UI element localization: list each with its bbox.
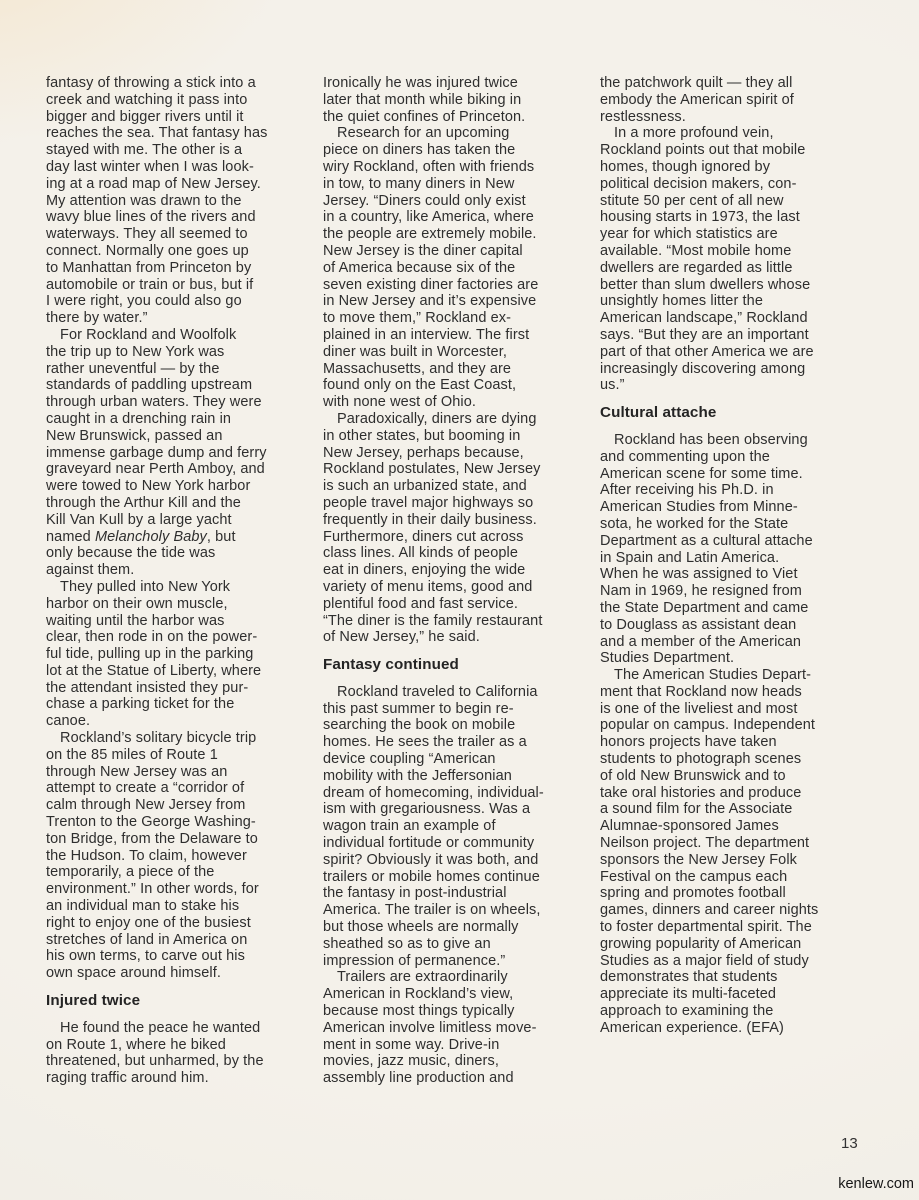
- text-line: in a country, like America, where: [323, 209, 581, 226]
- text-line: growing popularity of American: [600, 936, 858, 953]
- text-line: sponsors the New Jersey Folk: [600, 852, 858, 869]
- section-heading: Cultural attache: [600, 405, 858, 422]
- text-line: New Jersey is the diner capital: [323, 243, 581, 260]
- text-line: found only on the East Coast,: [323, 377, 581, 394]
- text-line: stitute 50 per cent of all new: [600, 193, 858, 210]
- text-line: homes. He sees the trailer as a: [323, 734, 581, 751]
- text-line: attempt to create a “corridor of: [46, 780, 304, 797]
- text-line: I were right, you could also go: [46, 293, 304, 310]
- text-line: the Hudson. To claim, however: [46, 848, 304, 865]
- text-line: people travel major highways so: [323, 495, 581, 512]
- text-line: Studies Department.: [600, 650, 858, 667]
- article-columns: fantasy of throwing a stick into acreek …: [46, 75, 858, 1087]
- text-line: Rockland’s solitary bicycle trip: [46, 730, 304, 747]
- text-line: in tow, to many diners in New: [323, 176, 581, 193]
- text-line: connect. Normally one goes up: [46, 243, 304, 260]
- text-line: Trailers are extraordinarily: [323, 969, 581, 986]
- text-line: wavy blue lines of the rivers and: [46, 209, 304, 226]
- text-line: says. “But they are an important: [600, 327, 858, 344]
- text-line: demonstrates that students: [600, 969, 858, 986]
- document-page: fantasy of throwing a stick into acreek …: [0, 0, 919, 1200]
- text-line: appreciate its multi-faceted: [600, 986, 858, 1003]
- text-line: spring and promotes football: [600, 885, 858, 902]
- text-line: ism with gregariousness. Was a: [323, 801, 581, 818]
- text-line: own space around himself.: [46, 965, 304, 982]
- paragraph: Rockland has been observingand commentin…: [600, 432, 858, 667]
- text-line: ment in some way. Drive-in: [323, 1037, 581, 1054]
- watermark: kenlew.com: [838, 1176, 914, 1192]
- text-line: increasingly discovering among: [600, 361, 858, 378]
- text-line: variety of menu items, good and: [323, 579, 581, 596]
- text-line: stretches of land in America on: [46, 932, 304, 949]
- text-line: ing at a road map of New Jersey.: [46, 176, 304, 193]
- text-line: the attendant insisted they pur-: [46, 680, 304, 697]
- text-line: Ironically he was injured twice: [323, 75, 581, 92]
- text-line: caught in a drenching rain in: [46, 411, 304, 428]
- text-line: graveyard near Perth Amboy, and: [46, 461, 304, 478]
- text-line: assembly line production and: [323, 1070, 581, 1087]
- text-line: approach to examining the: [600, 1003, 858, 1020]
- text-line: to foster departmental spirit. The: [600, 919, 858, 936]
- text-line: and commenting upon the: [600, 449, 858, 466]
- text-line: dream of homecoming, individual-: [323, 785, 581, 802]
- text-line: Massachusetts, and they are: [323, 361, 581, 378]
- text-line: stayed with me. The other is a: [46, 142, 304, 159]
- text-line: spirit? Obviously it was both, and: [323, 852, 581, 869]
- text-line: American in Rockland’s view,: [323, 986, 581, 1003]
- text-line: in other states, but booming in: [323, 428, 581, 445]
- text-line: standards of paddling upstream: [46, 377, 304, 394]
- text-line: Studies as a major field of study: [600, 953, 858, 970]
- paragraph: fantasy of throwing a stick into acreek …: [46, 75, 304, 327]
- text-line: students to photograph scenes: [600, 751, 858, 768]
- paragraph: For Rockland and Woolfolkthe trip up to …: [46, 327, 304, 579]
- text-line: popular on campus. Independent: [600, 717, 858, 734]
- text-column-3: the patchwork quilt — they allembody the…: [600, 75, 858, 1087]
- text-line: clear, then rode in on the power-: [46, 629, 304, 646]
- text-line: named Melancholy Baby, but: [46, 529, 304, 546]
- text-line: Research for an upcoming: [323, 125, 581, 142]
- text-line: reaches the sea. That fantasy has: [46, 125, 304, 142]
- text-line: rather uneventful — by the: [46, 361, 304, 378]
- text-line: They pulled into New York: [46, 579, 304, 596]
- text-line: this past summer to begin re-: [323, 701, 581, 718]
- text-line: the quiet confines of Princeton.: [323, 109, 581, 126]
- text-line: dwellers are regarded as little: [600, 260, 858, 277]
- text-line: individual fortitude or community: [323, 835, 581, 852]
- text-line: device coupling “American: [323, 751, 581, 768]
- text-column-1: fantasy of throwing a stick into acreek …: [46, 75, 304, 1087]
- text-line: unsightly homes litter the: [600, 293, 858, 310]
- text-line: environment.” In other words, for: [46, 881, 304, 898]
- text-line: impression of permanence.”: [323, 953, 581, 970]
- paragraph: Rockland’s solitary bicycle tripon the 8…: [46, 730, 304, 982]
- text-line: of America because six of the: [323, 260, 581, 277]
- page-number: 13: [841, 1135, 858, 1152]
- paragraph: Rockland traveled to Californiathis past…: [323, 684, 581, 970]
- text-line: is such an urbanized state, and: [323, 478, 581, 495]
- paragraph: the patchwork quilt — they allembody the…: [600, 75, 858, 125]
- text-line: bigger and bigger rivers until it: [46, 109, 304, 126]
- text-line: Paradoxically, diners are dying: [323, 411, 581, 428]
- text-line: plained in an interview. The first: [323, 327, 581, 344]
- text-line: Jersey. “Diners could only exist: [323, 193, 581, 210]
- text-line: harbor on their own muscle,: [46, 596, 304, 613]
- text-line: there by water.”: [46, 310, 304, 327]
- text-line: ton Bridge, from the Delaware to: [46, 831, 304, 848]
- text-line: a sound film for the Associate: [600, 801, 858, 818]
- text-line: sota, he worked for the State: [600, 516, 858, 533]
- paragraph: Research for an upcomingpiece on diners …: [323, 125, 581, 411]
- text-line: “The diner is the family restaurant: [323, 613, 581, 630]
- text-line: through urban waters. They were: [46, 394, 304, 411]
- text-line: to Manhattan from Princeton by: [46, 260, 304, 277]
- text-line: us.”: [600, 377, 858, 394]
- text-line: later that month while biking in: [323, 92, 581, 109]
- text-line: Alumnae-sponsored James: [600, 818, 858, 835]
- text-line: class lines. All kinds of people: [323, 545, 581, 562]
- text-line: American landscape,” Rockland: [600, 310, 858, 327]
- text-line: threatened, but unharmed, by the: [46, 1053, 304, 1070]
- text-line: Furthermore, diners cut across: [323, 529, 581, 546]
- text-line: available. “Most mobile home: [600, 243, 858, 260]
- paragraph: They pulled into New Yorkharbor on their…: [46, 579, 304, 730]
- text-line: America. The trailer is on wheels,: [323, 902, 581, 919]
- text-line: is one of the liveliest and most: [600, 701, 858, 718]
- text-line: American involve limitless move-: [323, 1020, 581, 1037]
- text-line: wagon train an example of: [323, 818, 581, 835]
- text-line: American experience. (EFA): [600, 1020, 858, 1037]
- paragraph: He found the peace he wantedon Route 1, …: [46, 1020, 304, 1087]
- text-line: diner was built in Worcester,: [323, 344, 581, 361]
- text-line: Rockland points out that mobile: [600, 142, 858, 159]
- text-line: to move them,” Rockland ex-: [323, 310, 581, 327]
- text-line: take oral histories and produce: [600, 785, 858, 802]
- section-heading: Fantasy continued: [323, 657, 581, 674]
- text-line: the State Department and came: [600, 600, 858, 617]
- text-line: of old New Brunswick and to: [600, 768, 858, 785]
- text-line: part of that other America we are: [600, 344, 858, 361]
- text-line: on the 85 miles of Route 1: [46, 747, 304, 764]
- text-line: Trenton to the George Washing-: [46, 814, 304, 831]
- text-line: trailers or mobile homes continue: [323, 869, 581, 886]
- text-line: right to enjoy one of the busiest: [46, 915, 304, 932]
- text-line: embody the American spirit of: [600, 92, 858, 109]
- text-line: Department as a cultural attache: [600, 533, 858, 550]
- text-line: frequently in their daily business.: [323, 512, 581, 529]
- text-column-2: Ironically he was injured twicelater tha…: [323, 75, 581, 1087]
- text-line: housing starts in 1973, the last: [600, 209, 858, 226]
- text-line: Rockland postulates, New Jersey: [323, 461, 581, 478]
- text-line: better than slum dwellers whose: [600, 277, 858, 294]
- paragraph: The American Studies Depart-ment that Ro…: [600, 667, 858, 1037]
- text-line: against them.: [46, 562, 304, 579]
- text-line: restlessness.: [600, 109, 858, 126]
- text-line: Festival on the campus each: [600, 869, 858, 886]
- text-line: sheathed so as to give an: [323, 936, 581, 953]
- text-line: chase a parking ticket for the: [46, 696, 304, 713]
- text-line: but those wheels are normally: [323, 919, 581, 936]
- text-line: were towed to New York harbor: [46, 478, 304, 495]
- text-line: with none west of Ohio.: [323, 394, 581, 411]
- text-line: mobility with the Jeffersonian: [323, 768, 581, 785]
- text-line: calm through New Jersey from: [46, 797, 304, 814]
- text-line: waterways. They all seemed to: [46, 226, 304, 243]
- text-line: lot at the Statue of Liberty, where: [46, 663, 304, 680]
- text-line: games, dinners and career nights: [600, 902, 858, 919]
- text-line: wiry Rockland, often with friends: [323, 159, 581, 176]
- text-line: in Spain and Latin America.: [600, 550, 858, 567]
- text-line: ment that Rockland now heads: [600, 684, 858, 701]
- text-line: Nam in 1969, he resigned from: [600, 583, 858, 600]
- text-line: to Douglass as assistant dean: [600, 617, 858, 634]
- text-line: The American Studies Depart-: [600, 667, 858, 684]
- paragraph: Trailers are extraordinarilyAmerican in …: [323, 969, 581, 1087]
- text-line: searching the book on mobile: [323, 717, 581, 734]
- paragraph: In a more profound vein,Rockland points …: [600, 125, 858, 394]
- text-line: through New Jersey was an: [46, 764, 304, 781]
- text-line: and a member of the American: [600, 634, 858, 651]
- text-line: piece on diners has taken the: [323, 142, 581, 159]
- text-line: For Rockland and Woolfolk: [46, 327, 304, 344]
- text-line: canoe.: [46, 713, 304, 730]
- text-line: in New Jersey and it’s expensive: [323, 293, 581, 310]
- text-line: waiting until the harbor was: [46, 613, 304, 630]
- text-line: My attention was drawn to the: [46, 193, 304, 210]
- text-line: plentiful food and fast service.: [323, 596, 581, 613]
- text-line: of New Jersey,” he said.: [323, 629, 581, 646]
- text-line: homes, though ignored by: [600, 159, 858, 176]
- text-line: the fantasy in post-industrial: [323, 885, 581, 902]
- text-line: Kill Van Kull by a large yacht: [46, 512, 304, 529]
- text-line: the patchwork quilt — they all: [600, 75, 858, 92]
- text-line: ful tide, pulling up in the parking: [46, 646, 304, 663]
- text-line: temporarily, a piece of the: [46, 864, 304, 881]
- text-line: Neilson project. The department: [600, 835, 858, 852]
- text-line: immense garbage dump and ferry: [46, 445, 304, 462]
- text-line: year for which statistics are: [600, 226, 858, 243]
- text-line: day last winter when I was look-: [46, 159, 304, 176]
- text-line: movies, jazz music, diners,: [323, 1053, 581, 1070]
- text-line: eat in diners, enjoying the wide: [323, 562, 581, 579]
- text-line: New Jersey, perhaps because,: [323, 445, 581, 462]
- text-line: American Studies from Minne-: [600, 499, 858, 516]
- text-line: on Route 1, where he biked: [46, 1037, 304, 1054]
- text-line: American scene for some time.: [600, 466, 858, 483]
- text-line: automobile or train or bus, but if: [46, 277, 304, 294]
- text-line: In a more profound vein,: [600, 125, 858, 142]
- text-line: honors projects have taken: [600, 734, 858, 751]
- text-line: the people are extremely mobile.: [323, 226, 581, 243]
- text-line: Rockland has been observing: [600, 432, 858, 449]
- text-line: raging traffic around him.: [46, 1070, 304, 1087]
- text-line: the trip up to New York was: [46, 344, 304, 361]
- text-line: fantasy of throwing a stick into a: [46, 75, 304, 92]
- text-line: through the Arthur Kill and the: [46, 495, 304, 512]
- text-line: an individual man to stake his: [46, 898, 304, 915]
- paragraph: Ironically he was injured twicelater tha…: [323, 75, 581, 125]
- text-line: He found the peace he wanted: [46, 1020, 304, 1037]
- text-line: When he was assigned to Viet: [600, 566, 858, 583]
- text-line: Rockland traveled to California: [323, 684, 581, 701]
- text-line: because most things typically: [323, 1003, 581, 1020]
- text-line: seven existing diner factories are: [323, 277, 581, 294]
- text-line: his own terms, to carve out his: [46, 948, 304, 965]
- text-line: creek and watching it pass into: [46, 92, 304, 109]
- section-heading: Injured twice: [46, 993, 304, 1010]
- text-line: New Brunswick, passed an: [46, 428, 304, 445]
- text-line: political decision makers, con-: [600, 176, 858, 193]
- text-line: only because the tide was: [46, 545, 304, 562]
- paragraph: Paradoxically, diners are dyingin other …: [323, 411, 581, 646]
- text-line: After receiving his Ph.D. in: [600, 482, 858, 499]
